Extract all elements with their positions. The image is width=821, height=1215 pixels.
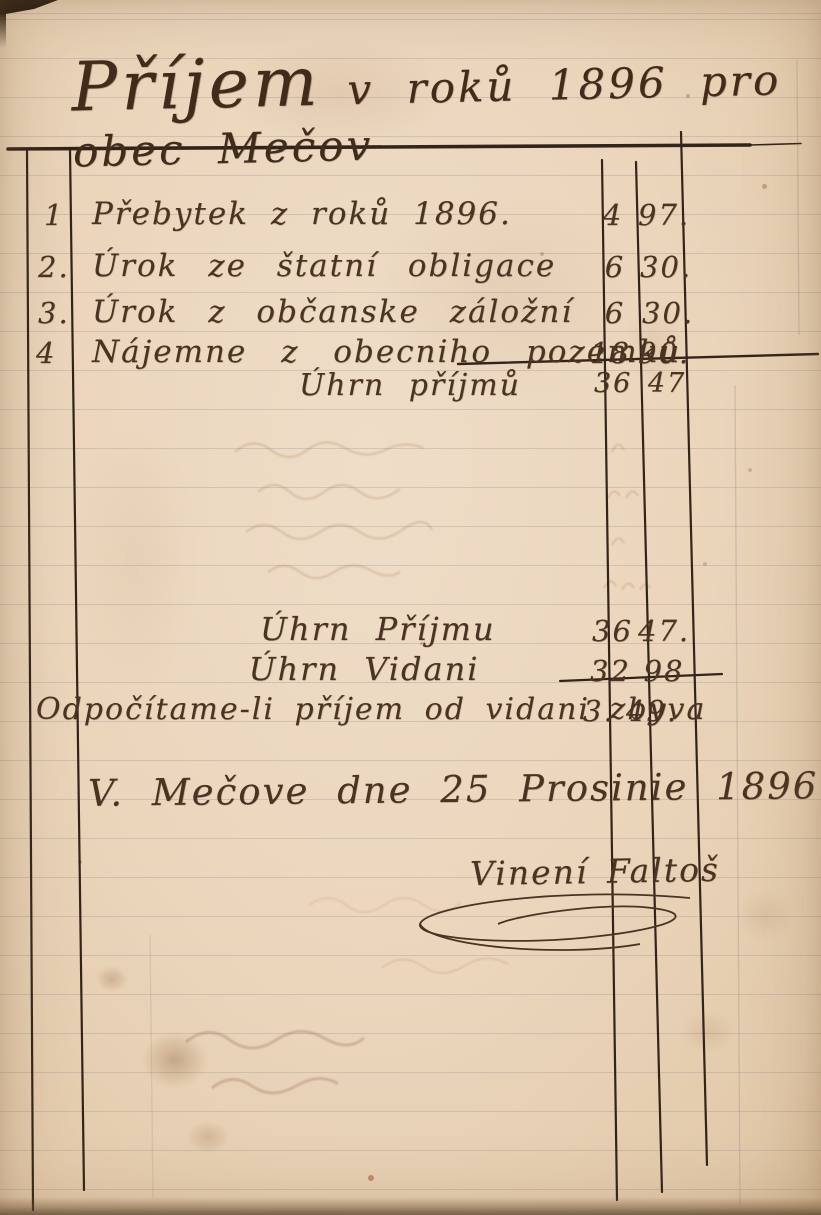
summary-income-kr: 47. [638,614,690,648]
entry-number: 4 [36,336,56,370]
page-bottom-edge [0,1197,821,1215]
amount-zl: 18 [590,336,630,370]
entry-description: Přebytek z roků 1896. [92,196,512,232]
summary-income-zl: 36 [592,614,630,648]
total-zl: 36 [594,368,632,399]
entry-number: 1 [44,198,64,232]
summary-balance-kr: 49. [624,694,680,728]
entry-description: Úrok z občanske záložní [92,294,573,330]
summary-expense-zl: 32 [590,654,628,688]
scan-corner-mark [0,12,6,48]
amount-zl: 4 [596,198,630,232]
entry-number: 3. [38,296,70,330]
summary-expense-label: Úhrn Vidani [248,650,480,688]
summary-expense-kr: 98 [638,654,690,688]
amount-kr: 30. [642,296,694,330]
summary-balance-zl: 3. [578,694,620,728]
ledger-page: Příjemv roků 1896 pro obec Mečov 1 Přeby… [0,0,821,1215]
entry-description: Úrok ze štatní obligace [92,248,556,284]
amount-zl: 6 [598,296,632,330]
amount-kr: 30. [640,250,692,284]
page-title: Příjemv roků 1896 pro obec Mečov [71,32,821,177]
amount-kr: 90. [638,336,690,370]
ruled-lines [0,0,821,1215]
total-label: Úhrn příjmů [294,368,526,403]
total-kr: 47 [642,368,692,399]
amount-zl: 6 [598,250,632,284]
amount-kr: 97. [638,198,690,232]
summary-income-label: Úhrn Příjmu [260,610,490,648]
page-title-lead: Příjem [71,43,323,128]
signature: Vinení Faltoš [470,850,720,893]
entry-number: 2. [38,250,70,284]
date-line: V. Mečove dne 25 Prosinie 1896 [88,764,819,815]
